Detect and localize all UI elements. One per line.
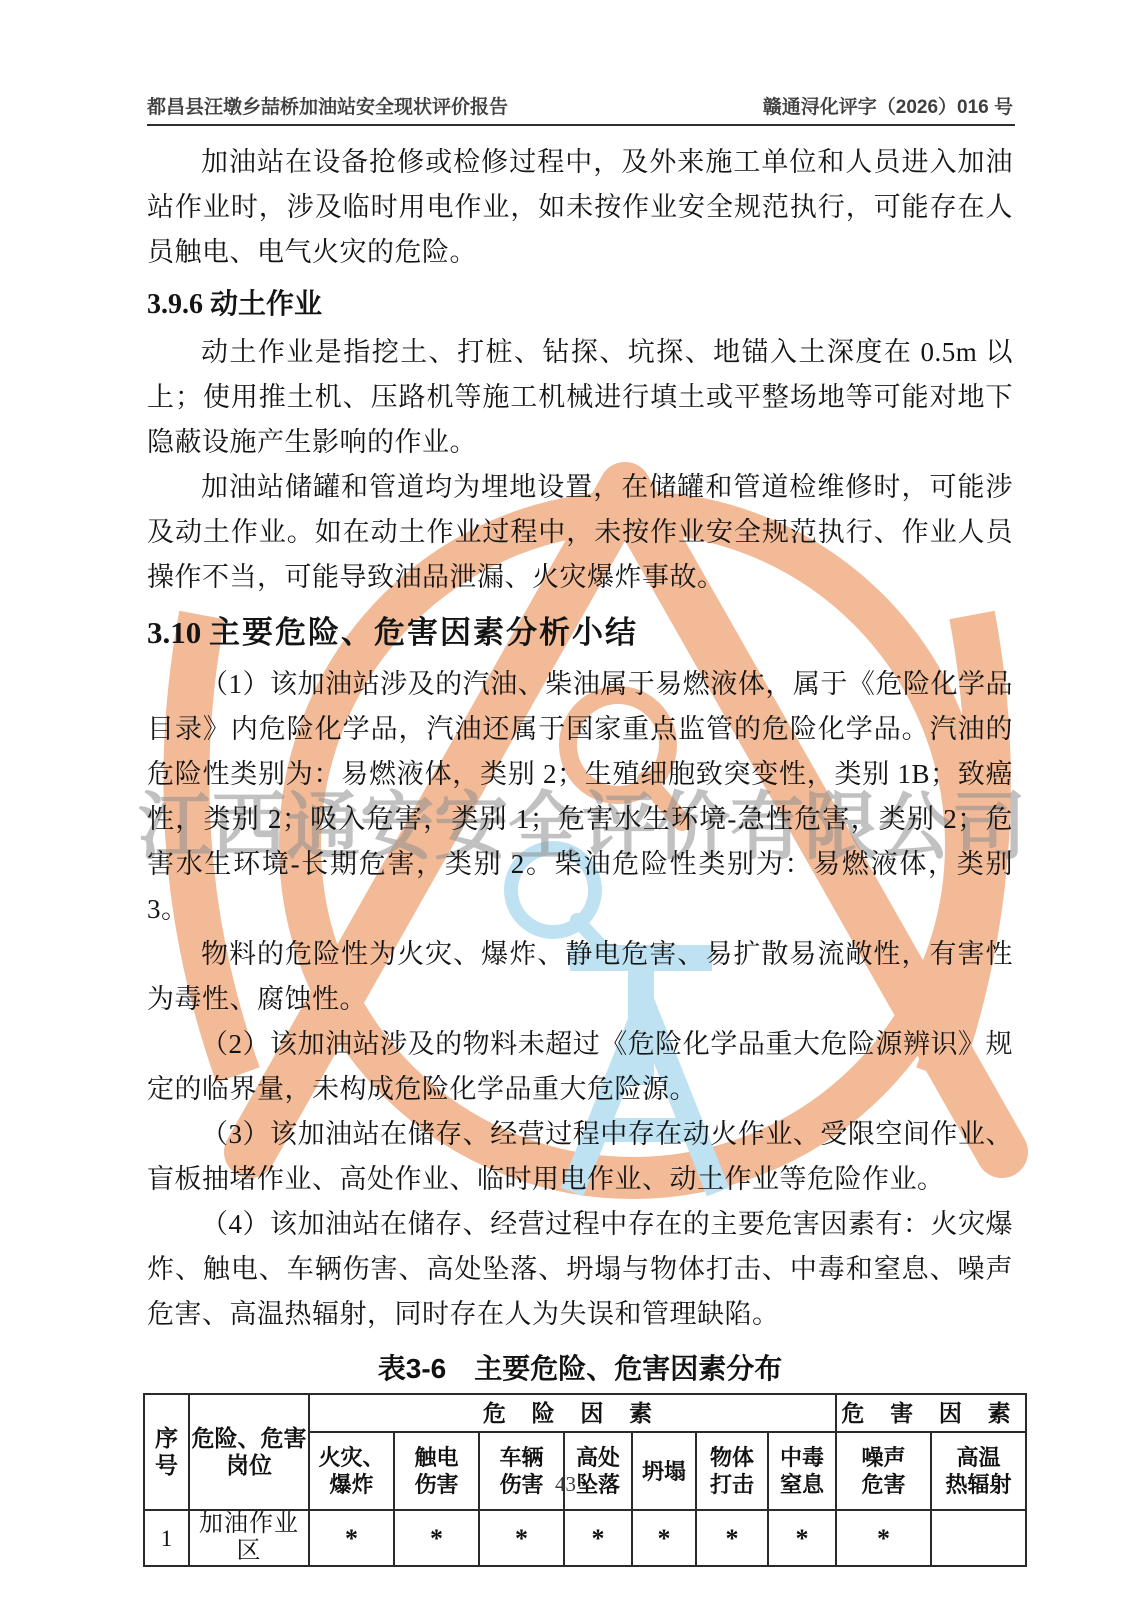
- section-number: 3.10: [147, 615, 201, 650]
- col-header-vehicle-injury: 车辆 伤害: [479, 1432, 564, 1510]
- document-page: 江西通安安全评价有限公司 都昌县汪墩乡喆桥加油站安全现状评价报告 赣通浔化评字（…: [0, 0, 1131, 1600]
- table-caption: 表3-6 主要危险、危害因素分布: [147, 1347, 1013, 1387]
- page-header: 都昌县汪墩乡喆桥加油站安全现状评价报告 赣通浔化评字（2026）016 号: [147, 92, 1013, 119]
- cell-mark: *: [309, 1510, 394, 1566]
- cell-mark: *: [836, 1510, 931, 1566]
- paragraph: 加油站在设备抢修或检修过程中，及外来施工单位和人员进入加油站作业时，涉及临时用电…: [147, 140, 1013, 275]
- section-number: 3.9.6: [147, 289, 203, 320]
- cell-mark: *: [479, 1510, 564, 1566]
- paragraph: （4）该加油站在储存、经营过程中存在的主要危害因素有：火灾爆炸、触电、车辆伤害、…: [147, 1202, 1013, 1337]
- page-content: 加油站在设备抢修或检修过程中，及外来施工单位和人员进入加油站作业时，涉及临时用电…: [147, 140, 1013, 1567]
- col-header-electric-shock: 触电 伤害: [394, 1432, 479, 1510]
- cell-mark: *: [632, 1510, 696, 1566]
- paragraph: 加油站储罐和管道均为埋地设置，在储罐和管道检维修时，可能涉及动土作业。如在动土作…: [147, 465, 1013, 600]
- cell-seq: 1: [144, 1510, 189, 1566]
- col-header-noise: 噪声 危害: [836, 1432, 931, 1510]
- paragraph: （1）该加油站涉及的汽油、柴油属于易燃液体，属于《危险化学品目录》内危险化学品，…: [147, 662, 1013, 932]
- section-title: 动土作业: [210, 288, 322, 319]
- table-row: 1 加油作业区 * * * * * * * *: [144, 1510, 1026, 1566]
- cell-mark: *: [768, 1510, 836, 1566]
- table-group-header-row: 序 号 危险、危害 岗位 危 险 因 素 危 害 因 素: [144, 1394, 1026, 1432]
- col-header-fire-explosion: 火灾、 爆炸: [309, 1432, 394, 1510]
- header-report-title: 都昌县汪墩乡喆桥加油站安全现状评价报告: [147, 92, 508, 119]
- header-document-number: 赣通浔化评字（2026）016 号: [763, 92, 1013, 119]
- cell-mark: *: [564, 1510, 632, 1566]
- cell-mark: *: [394, 1510, 479, 1566]
- col-header-poison-asphyxia: 中毒 窒息: [768, 1432, 836, 1510]
- group-header-harm: 危 害 因 素: [836, 1394, 1026, 1432]
- group-header-danger: 危 险 因 素: [309, 1394, 836, 1432]
- cell-mark: *: [696, 1510, 768, 1566]
- cell-mark: [931, 1510, 1026, 1566]
- section-heading-3-10: 3.10 主要危险、危害因素分析小结: [147, 608, 1013, 658]
- section-heading-3-9-6: 3.9.6 动土作业: [147, 281, 1013, 328]
- paragraph: 动土作业是指挖土、打桩、钻探、坑探、地锚入土深度在 0.5m 以上；使用推土机、…: [147, 330, 1013, 465]
- paragraph: （3）该加油站在储存、经营过程中存在动火作业、受限空间作业、盲板抽堵作业、高处作…: [147, 1112, 1013, 1202]
- col-header-collapse: 坍塌: [632, 1432, 696, 1510]
- page-number: 43: [0, 1472, 1131, 1497]
- col-header-object-strike: 物体 打击: [696, 1432, 768, 1510]
- col-header-heat-radiation: 高温 热辐射: [931, 1432, 1026, 1510]
- paragraph: （2）该加油站涉及的物料未超过《危险化学品重大危险源辨识》规定的临界量，未构成危…: [147, 1022, 1013, 1112]
- section-title: 主要危险、危害因素分析小结: [209, 615, 638, 650]
- header-rule: [147, 124, 1015, 126]
- paragraph: 物料的危险性为火灾、爆炸、静电危害、易扩散易流敞性，有害性为毒性、腐蚀性。: [147, 932, 1013, 1022]
- cell-post: 加油作业区: [189, 1510, 309, 1566]
- col-header-fall-from-height: 高处 坠落: [564, 1432, 632, 1510]
